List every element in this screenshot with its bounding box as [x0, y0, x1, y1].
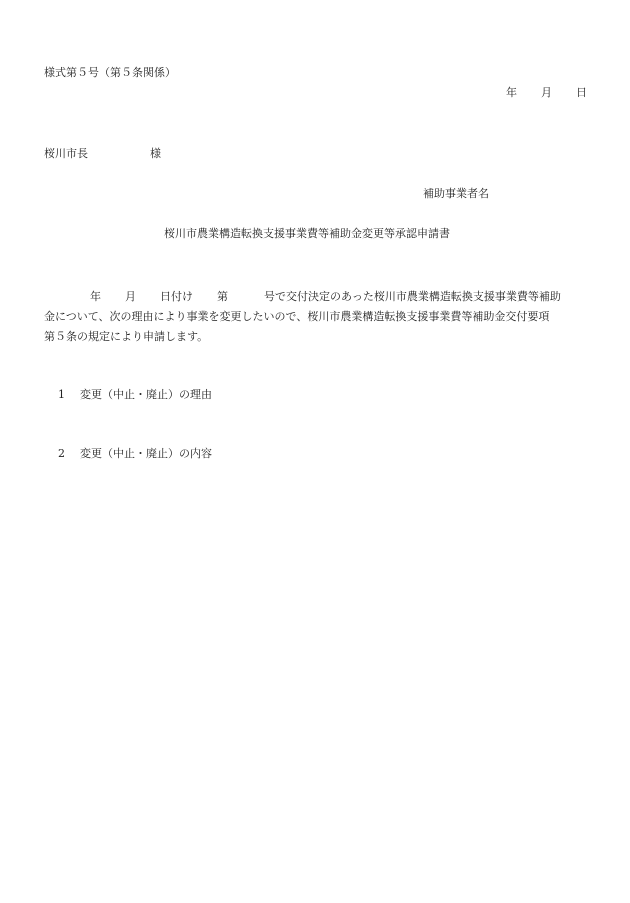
applicant-label: 補助事業者名	[423, 188, 489, 199]
item-label: 変更（中止・廃止）の理由	[80, 388, 212, 401]
item-reason: 1変更（中止・廃止）の理由	[58, 389, 212, 400]
document-title: 桜川市農業構造転換支援事業費等補助金変更等承認申請書	[164, 228, 450, 239]
item-number: 1	[58, 389, 80, 400]
addressee-honorific: 様	[150, 148, 161, 159]
item-label: 変更（中止・廃止）の内容	[80, 447, 212, 460]
body-paragraph: 年月日付け第号で交付決定のあった桜川市農業構造転換支援事業費等補助 金について、…	[44, 287, 589, 347]
body-dai: 第	[217, 287, 228, 307]
body-year: 年	[90, 287, 101, 307]
day-label: 日	[576, 87, 587, 98]
item-content: 2変更（中止・廃止）の内容	[58, 448, 212, 459]
addressee: 桜川市長 様	[44, 148, 88, 159]
body-day-suffix: 日付け	[160, 287, 193, 307]
body-line-3: 第５条の規定により申請します。	[44, 327, 589, 347]
addressee-name: 桜川市長	[44, 147, 88, 160]
date-line: 年月日	[506, 87, 587, 98]
month-label: 月	[541, 87, 552, 98]
body-month: 月	[125, 287, 136, 307]
body-line-1: 年月日付け第号で交付決定のあった桜川市農業構造転換支援事業費等補助	[44, 287, 589, 307]
item-number: 2	[58, 448, 80, 459]
body-line-1-rest: 号で交付決定のあった桜川市農業構造転換支援事業費等補助	[264, 287, 561, 307]
year-label: 年	[506, 87, 517, 98]
body-line-2: 金について、次の理由により事業を変更したいので、桜川市農業構造転換支援事業費等補…	[44, 307, 589, 327]
form-number: 様式第５号（第５条関係）	[44, 67, 176, 78]
